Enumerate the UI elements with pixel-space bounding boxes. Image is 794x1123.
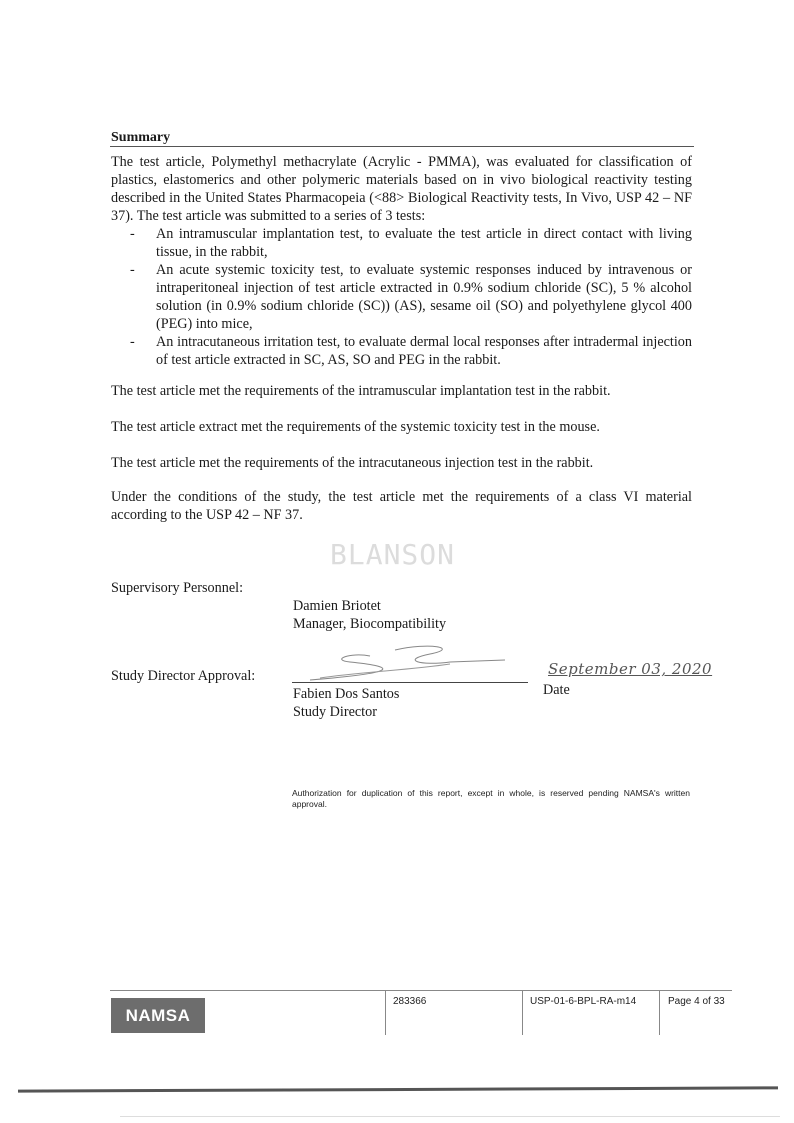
- list-item: -An intramuscular implantation test, to …: [130, 225, 692, 261]
- test-list: -An intramuscular implantation test, to …: [130, 225, 692, 369]
- supervisory-label: Supervisory Personnel:: [111, 580, 243, 597]
- summary-heading: Summary: [111, 130, 170, 146]
- signature-icon: [300, 642, 510, 684]
- list-item: -An acute systemic toxicity test, to eva…: [130, 261, 692, 333]
- signature-date: September 03, 2020: [548, 660, 712, 678]
- study-director-label: Study Director Approval:: [111, 668, 255, 685]
- namsa-logo: NAMSA: [111, 998, 205, 1033]
- result-intracutaneous: The test article met the requirements of…: [111, 454, 692, 472]
- footer-study-number: 283366: [393, 996, 426, 1007]
- footer-protocol: USP-01-6-BPL-RA-m14: [530, 996, 636, 1007]
- footer-divider: [522, 991, 523, 1035]
- supervisor-title: Manager, Biocompatibility: [293, 615, 446, 633]
- supervisor-name: Damien Briotet: [293, 597, 381, 615]
- result-systemic: The test article extract met the require…: [111, 418, 692, 436]
- footer-page-number: Page 4 of 33: [668, 996, 725, 1007]
- summary-intro: The test article, Polymethyl methacrylat…: [111, 153, 692, 225]
- result-conclusion: Under the conditions of the study, the t…: [111, 488, 692, 524]
- bullet-dash: -: [130, 261, 135, 279]
- footer-divider: [385, 991, 386, 1035]
- result-implantation: The test article met the requirements of…: [111, 382, 692, 400]
- watermark: BLANSON: [330, 538, 455, 571]
- list-item: -An intracutaneous irritation test, to e…: [130, 333, 692, 369]
- study-director-title: Study Director: [293, 703, 377, 721]
- heading-rule: [110, 146, 694, 147]
- study-director-name: Fabien Dos Santos: [293, 685, 399, 703]
- page-edge-rule: [18, 1086, 778, 1092]
- page-edge-rule-light: [120, 1116, 780, 1117]
- bullet-dash: -: [130, 333, 135, 351]
- date-label: Date: [543, 682, 570, 699]
- footer-divider: [659, 991, 660, 1035]
- footer-rule: [110, 990, 732, 991]
- bullet-dash: -: [130, 225, 135, 243]
- authorization-note: Authorization for duplication of this re…: [292, 788, 690, 810]
- signature-line: [292, 682, 528, 683]
